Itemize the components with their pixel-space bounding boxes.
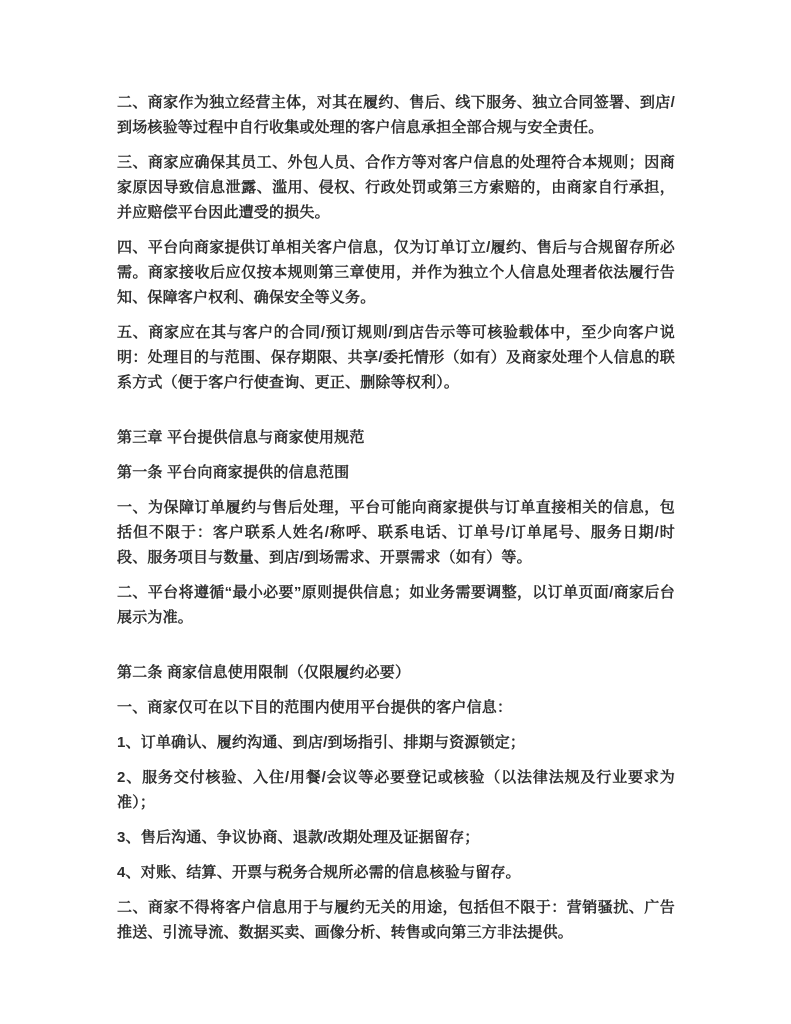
document-body: 二、商家作为独立经营主体，对其在履约、售后、线下服务、独立合同签署、到店/到场核… [117,90,675,955]
usage-purpose-item-2: 2、服务交付核验、入住/用餐/会议等必要登记或核验（以法律法规及行业要求为准）； [117,765,675,815]
clause-minimum-necessary-principle: 二、平台将遵循“最小必要”原则提供信息；如业务需要调整，以订单页面/商家后台展示… [117,580,675,630]
article-2-heading: 第二条 商家信息使用限制（仅限履约必要） [117,660,675,685]
article-1-heading: 第一条 平台向商家提供的信息范围 [117,460,675,485]
chapter-3-heading: 第三章 平台提供信息与商家使用规范 [117,425,675,450]
document-page: 二、商家作为独立经营主体，对其在履约、售后、线下服务、独立合同签署、到店/到场核… [0,0,791,1024]
clause-info-scope: 一、为保障订单履约与售后处理，平台可能向商家提供与订单直接相关的信息，包括但不限… [117,495,675,570]
clause-merchant-customer-notice: 五、商家应在其与客户的合同/预订规则/到店告示等可核验载体中，至少向客户说明：处… [117,320,675,395]
usage-purpose-item-3: 3、售后沟通、争议协商、退款/改期处理及证据留存； [117,825,675,850]
clause-merchant-independent-liability: 二、商家作为独立经营主体，对其在履约、售后、线下服务、独立合同签署、到店/到场核… [117,90,675,140]
usage-purpose-item-1: 1、订单确认、履约沟通、到店/到场指引、排期与资源锁定； [117,730,675,755]
clause-merchant-staff-compliance: 三、商家应确保其员工、外包人员、合作方等对客户信息的处理符合本规则；因商家原因导… [117,150,675,225]
usage-purpose-item-4: 4、对账、结算、开票与税务合规所必需的信息核验与留存。 [117,860,675,885]
clause-prohibited-uses: 二、商家不得将客户信息用于与履约无关的用途，包括但不限于：营销骚扰、广告推送、引… [117,895,675,945]
clause-platform-provided-info-purpose: 四、平台向商家提供订单相关客户信息，仅为订单订立/履约、售后与合规留存所必需。商… [117,235,675,310]
clause-usage-purpose-intro: 一、商家仅可在以下目的范围内使用平台提供的客户信息： [117,695,675,720]
